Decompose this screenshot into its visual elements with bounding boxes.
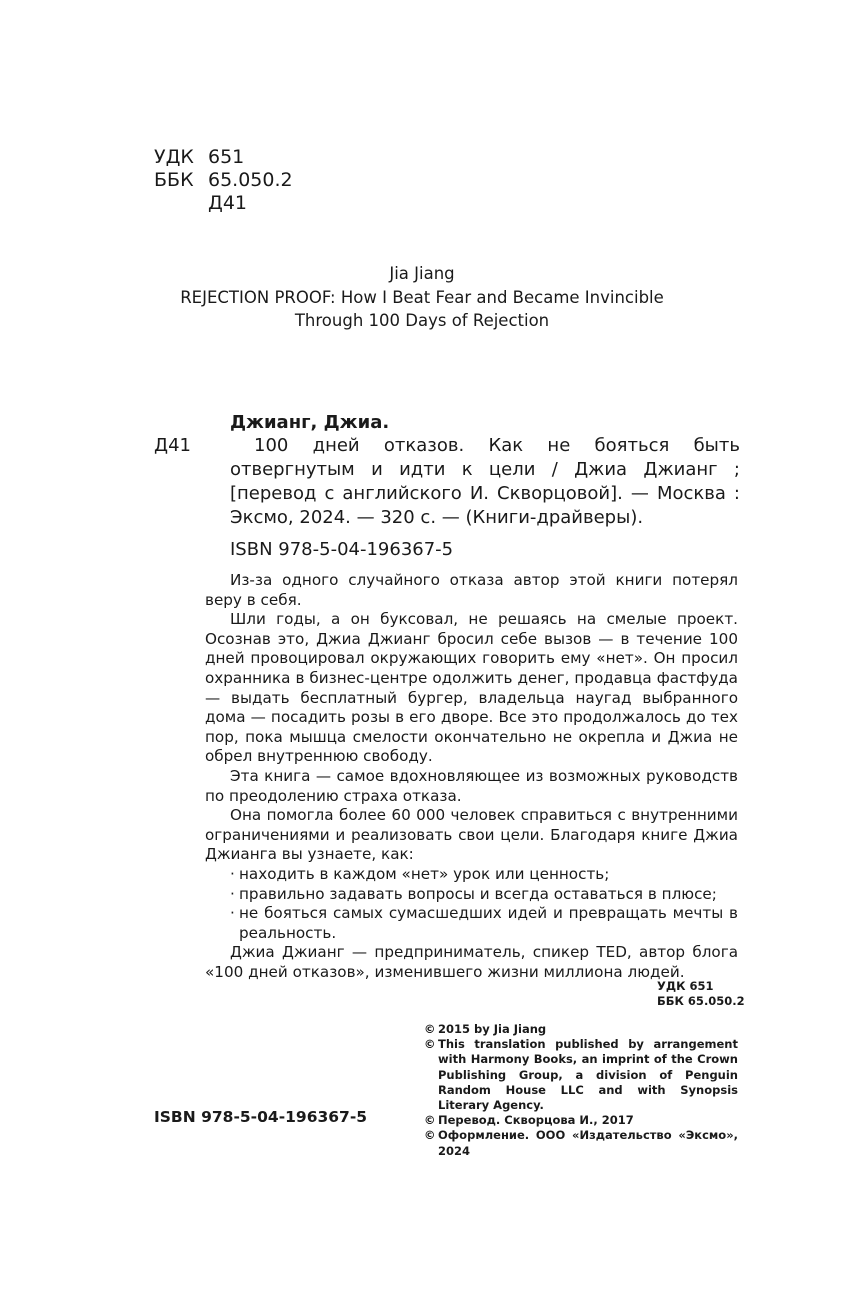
bbk-row: ББК 65.050.2 bbox=[154, 169, 293, 192]
annotation-paragraph: Шли годы, а он буксовал, не решаясь на с… bbox=[205, 610, 738, 767]
copyright-line: ©Оформление. ООО «Издательство «Эксмо», … bbox=[424, 1128, 738, 1158]
list-item: ·находить в каждом «нет» урок или ценнос… bbox=[205, 865, 738, 885]
copyright-line: ©This translation published by arrangeme… bbox=[424, 1037, 738, 1113]
original-title-line1: REJECTION PROOF: How I Beat Fear and Bec… bbox=[0, 286, 844, 310]
annotation-paragraph: Эта книга — самое вдохновляющее из возмо… bbox=[205, 767, 738, 806]
footer-isbn: ISBN 978-5-04-196367-5 bbox=[154, 1107, 367, 1127]
copyright-line: ©Перевод. Скворцова И., 2017 bbox=[424, 1113, 738, 1128]
copyright-line: ©2015 by Jia Jiang bbox=[424, 1022, 738, 1037]
copyright-block: ©2015 by Jia Jiang ©This translation pub… bbox=[424, 1022, 738, 1159]
annotation-paragraph: Из-за одного случайного отказа автор это… bbox=[205, 571, 738, 610]
annotation-paragraph: Джиа Джианг — предприниматель, спикер TE… bbox=[205, 943, 738, 982]
bullet-icon: · bbox=[230, 865, 239, 885]
bbk-label: ББК bbox=[154, 169, 208, 192]
benefits-list: ·находить в каждом «нет» урок или ценнос… bbox=[205, 865, 738, 943]
classification-block: УДК 651 ББК 65.050.2 Д41 bbox=[154, 146, 293, 215]
udk-value: 651 bbox=[208, 146, 244, 169]
copyright-icon: © bbox=[424, 1022, 438, 1037]
copyright-icon: © bbox=[424, 1113, 438, 1128]
catalog-author-mark: Д41 bbox=[154, 434, 191, 458]
annotation: Из-за одного случайного отказа автор это… bbox=[205, 571, 738, 982]
udk-row: УДК 651 bbox=[154, 146, 293, 169]
footer-udk: УДК 651 bbox=[657, 979, 745, 994]
original-author: Jia Jiang bbox=[0, 262, 844, 286]
copyright-icon: © bbox=[424, 1037, 438, 1052]
footer-classification: УДК 651 ББК 65.050.2 bbox=[657, 979, 745, 1009]
bullet-icon: · bbox=[230, 885, 239, 905]
bibliographic-description: 100 дней отказов. Как не бояться быть от… bbox=[230, 434, 740, 530]
original-title-line2: Through 100 Days of Rejection bbox=[0, 309, 844, 333]
catalog-isbn: ISBN 978-5-04-196367-5 bbox=[230, 538, 453, 562]
original-edition: Jia Jiang REJECTION PROOF: How I Beat Fe… bbox=[0, 262, 844, 333]
list-item: ·правильно задавать вопросы и всегда ост… bbox=[205, 885, 738, 905]
udk-label: УДК bbox=[154, 146, 208, 169]
list-item: ·не бояться самых сумасшедших идей и пре… bbox=[205, 904, 738, 943]
catalog-heading: Джианг, Джиа. bbox=[230, 411, 389, 435]
annotation-paragraph: Она помогла более 60 000 человек справит… bbox=[205, 806, 738, 865]
copyright-icon: © bbox=[424, 1128, 438, 1143]
footer-bbk: ББК 65.050.2 bbox=[657, 994, 745, 1009]
bullet-icon: · bbox=[230, 904, 239, 924]
description-text: 100 дней отказов. Как не бояться быть от… bbox=[230, 434, 740, 530]
author-mark-row: Д41 bbox=[154, 192, 293, 215]
bbk-value: 65.050.2 bbox=[208, 169, 293, 192]
author-mark: Д41 bbox=[208, 192, 247, 215]
